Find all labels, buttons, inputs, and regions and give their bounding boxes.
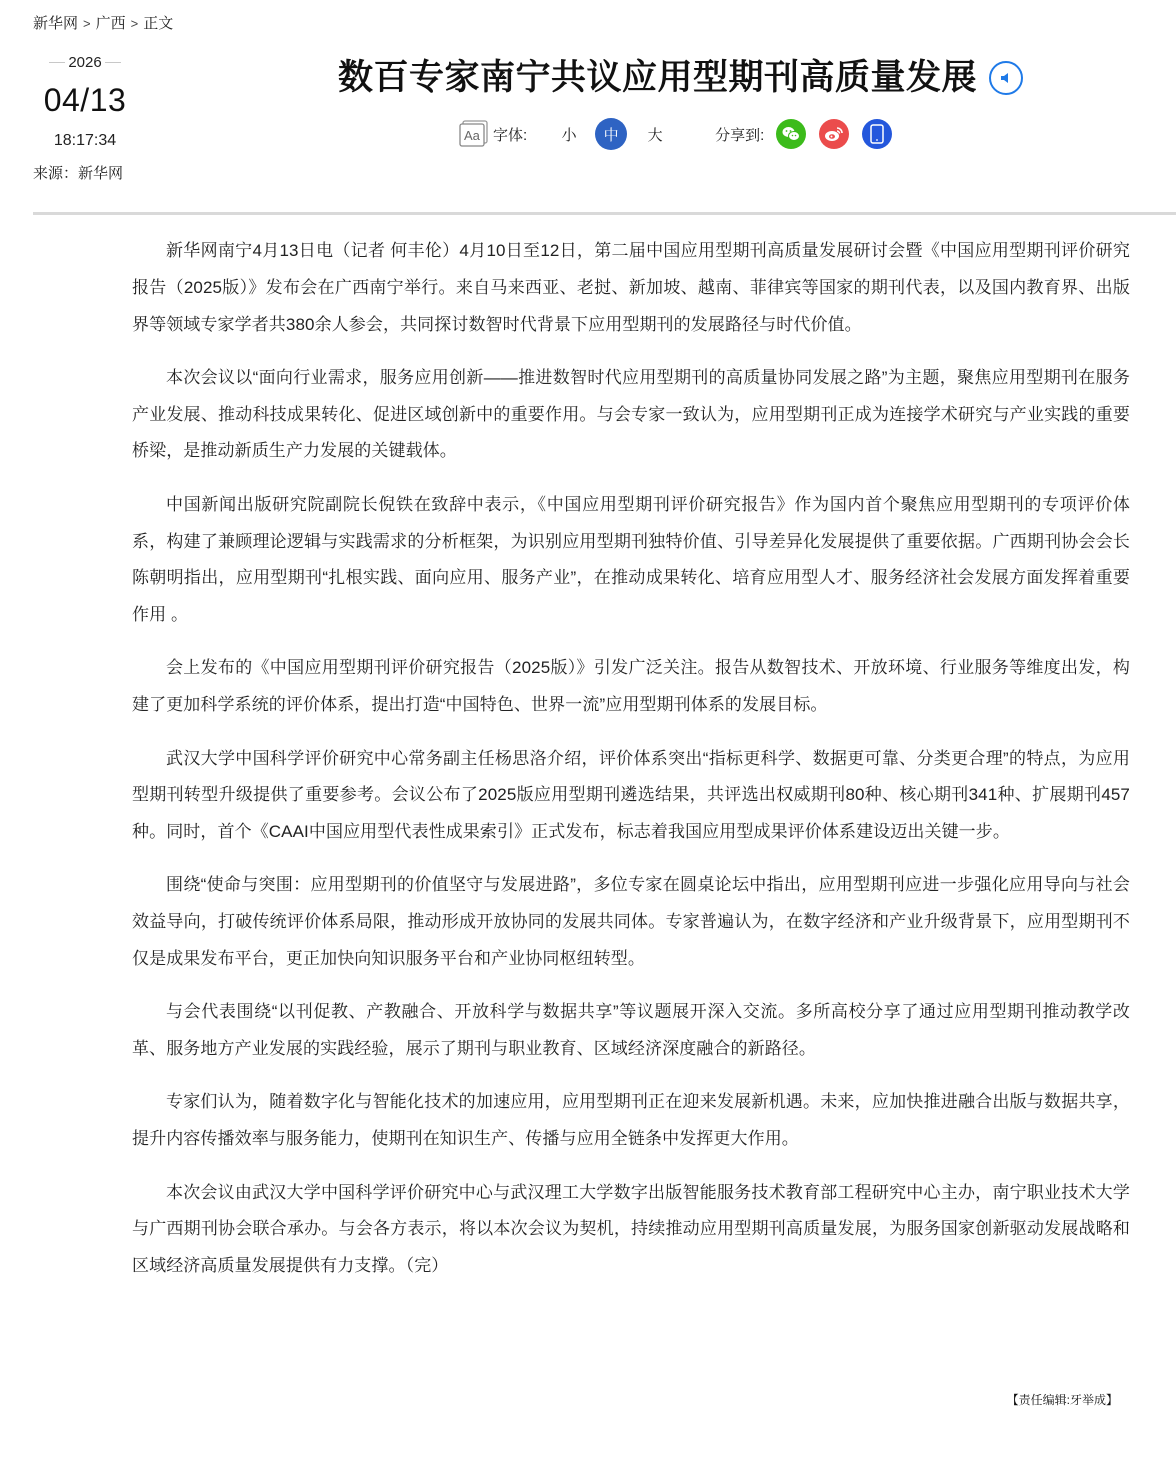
responsible-editor: 【责任编辑:牙举成】: [1007, 1391, 1118, 1408]
divider-line: [105, 62, 121, 63]
breadcrumb-item-home[interactable]: 新华网: [33, 15, 78, 32]
year: 2026: [68, 54, 101, 71]
breadcrumb-item-guangxi[interactable]: 广西: [96, 15, 126, 32]
header-divider: [33, 212, 1176, 215]
font-label: 字体:: [493, 124, 527, 145]
mobile-icon: [870, 124, 884, 144]
share-mobile-button[interactable]: [862, 119, 892, 149]
article-paragraph: 中国新闻出版研究院副院长倪铁在致辞中表示，《中国应用型期刊评价研究报告》作为国内…: [132, 487, 1130, 634]
article-paragraph: 围绕“使命与突围：应用型期刊的价值坚守与发展进路”，多位专家在圆桌论坛中指出，应…: [132, 867, 1130, 977]
publish-time: 18:17:34: [33, 130, 137, 152]
weibo-icon: [824, 125, 844, 143]
wechat-icon: [781, 125, 801, 143]
speaker-icon: [998, 70, 1014, 86]
breadcrumb-separator: >: [131, 16, 139, 31]
article-paragraph: 与会代表围绕“以刊促教、产教融合、开放科学与数据共享”等议题展开深入交流。多所高…: [132, 994, 1130, 1068]
breadcrumb: 新华网>广西>正文: [33, 14, 173, 34]
article-body: 新华网南宁4月13日电（记者 何丰伦）4月10日至12日，第二届中国应用型期刊高…: [132, 233, 1130, 1301]
article-paragraph: 本次会议以“面向行业需求，服务应用创新——推进数智时代应用型期刊的高质量协同发展…: [132, 360, 1130, 470]
article-paragraph: 新华网南宁4月13日电（记者 何丰伦）4月10日至12日，第二届中国应用型期刊高…: [132, 233, 1130, 343]
month-day: 04/13: [33, 80, 137, 120]
article-paragraph: 专家们认为，随着数字化与智能化技术的加速应用，应用型期刊正在迎来发展新机遇。未来…: [132, 1084, 1130, 1158]
font-size-small-button[interactable]: 小: [553, 118, 585, 150]
article-title: 数百专家南宁共议应用型期刊高质量发展: [338, 56, 977, 100]
article-paragraph: 会上发布的《中国应用型期刊评价研究报告（2025版）》引发广泛关注。报告从数智技…: [132, 650, 1130, 724]
share-label: 分享到:: [715, 124, 764, 145]
divider-line: [49, 62, 65, 63]
article-paragraph: 本次会议由武汉大学中国科学评价研究中心与武汉理工大学数字出版智能服务技术教育部工…: [132, 1175, 1130, 1285]
article-tools: Aa 字体: 小 中 大 分享到:: [459, 118, 905, 150]
audio-play-button[interactable]: [989, 61, 1023, 95]
share-wechat-button[interactable]: [776, 119, 806, 149]
article-paragraph: 武汉大学中国科学评价研究中心常务副主任杨思洛介绍，评价体系突出“指标更科学、数据…: [132, 741, 1130, 851]
breadcrumb-item-current: 正文: [143, 15, 173, 32]
font-size-large-button[interactable]: 大: [639, 118, 671, 150]
publish-date: 2026 04/13 18:17:34: [33, 52, 137, 152]
share-weibo-button[interactable]: [819, 119, 849, 149]
source: 来源：新华网: [33, 164, 123, 184]
font-size-icon: Aa: [459, 120, 489, 148]
font-size-medium-button[interactable]: 中: [595, 118, 627, 150]
title-row: 数百专家南宁共议应用型期刊高质量发展: [338, 56, 1023, 100]
svg-text:Aa: Aa: [464, 128, 481, 143]
year-row: 2026: [33, 52, 137, 72]
breadcrumb-separator: >: [83, 16, 91, 31]
